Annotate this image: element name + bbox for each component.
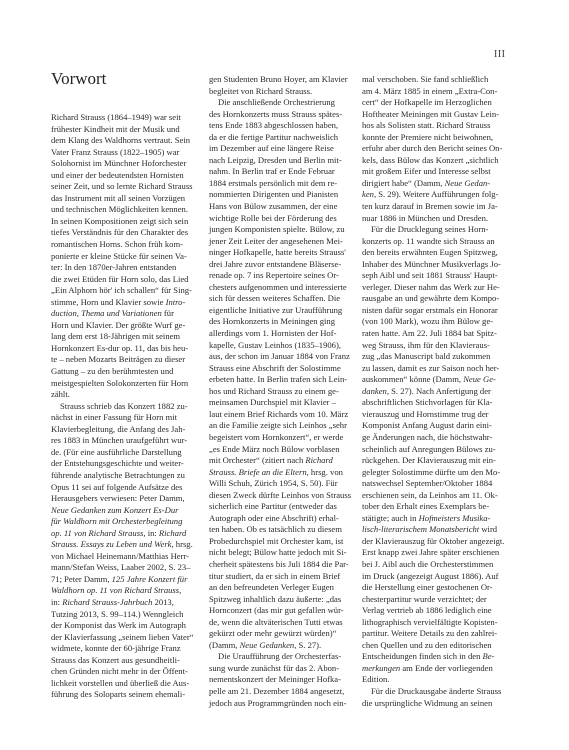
text-segment: , [179, 585, 181, 595]
text-line: konnte der Premiere nicht beiwohnen, [362, 132, 505, 144]
text-line: res 1883 in München uraufgeführt wur- [51, 435, 193, 447]
text-line: chen Gründen nicht mehr in der Öffent- [51, 666, 193, 678]
text-line: te – neben Mozarts Beiträgen zu dieser [51, 354, 193, 366]
italic-text: Neue Gedanken [240, 640, 295, 650]
text-line: Verlag vertrieb ab 1886 lediglich eine [362, 605, 505, 617]
text-segment: drei Jahre zuvor entstandene Bläserse- [209, 259, 341, 269]
text-segment: wichtige Rolle bei der Förderung des [209, 213, 337, 223]
text-line: die Herstellung einer gestochenen Or- [362, 582, 505, 594]
text-line: aus, der schon im Januar 1884 von Franz [209, 351, 346, 363]
text-segment: kapelle, Gustav Leinhos (1835–1906), [209, 340, 341, 350]
text-segment: der Klavierauszug für Oktober angezeigt. [362, 536, 504, 546]
text-segment: zählt. [51, 389, 70, 399]
text-segment: am Ende der vorliegenden [400, 663, 493, 673]
text-segment: meistgespielten Solokonzerten für Horn [51, 378, 188, 388]
italic-text: Neue Gedanken zum Konzert Es-Dur [51, 505, 178, 515]
text-line: (von 100 Mark), wozu ihm Bülow ge- [362, 316, 505, 328]
text-segment: am 4. März 1885 in einem „Extra-Con- [362, 86, 497, 96]
text-segment: Gattung – zu den berühmtesten und [51, 366, 173, 376]
text-segment: tiefes Verständnis für den Charakter des [51, 227, 188, 237]
text-segment: hos und Richard Strauss zu einem ge- [209, 386, 339, 396]
text-line: stimme, Horn und Klavier sowie Intro- [51, 297, 193, 309]
text-segment: wird [479, 524, 497, 534]
italic-text: Strauss. Briefe an die Eltern [209, 467, 307, 477]
text-line: des Hornkonzerts in Meiningen ging [209, 316, 346, 328]
text-line: im Dezember auf eine längere Reise [209, 143, 346, 155]
text-segment: an den befreundeten Verleger Eugen [209, 582, 334, 592]
text-segment: führung des Soloparts seinem ehemali- [51, 689, 185, 699]
text-segment: in: [51, 597, 62, 607]
text-segment: der Klavierfassung „seinem lieben Vater“ [51, 632, 194, 642]
text-line: für Waldhorn mit Orchesterbegleitung [51, 516, 193, 528]
text-segment: erfuhr aber durch den Bericht seines On- [362, 143, 502, 153]
text-line: Solohornist im Münchner Hoforchester [51, 158, 193, 170]
text-segment: für [162, 308, 174, 318]
text-line: und einer der bedeutendsten Hornisten [51, 170, 193, 182]
text-segment: begeistert vom Hornkonzert“, er werde [209, 432, 343, 442]
text-segment: , hrsg. [171, 539, 192, 549]
text-line: erschienen sein, da Leinhos am 11. Ok- [362, 490, 505, 502]
text-line: kels, dass Bülow das Konzert „sichtlich [362, 155, 505, 167]
text-segment: des Hornkonzerts muss Strauss spätes- [209, 109, 342, 119]
text-segment: Strauss eine Abschrift der Solostimme [209, 363, 341, 373]
text-line: rückgehen. Der Klavierauszug mit ein- [362, 455, 505, 467]
text-line: cherheit spätestens bis Juli 1884 die Pa… [209, 559, 346, 571]
text-segment: ten haben. Ob es tatsächlich zu diesem [209, 524, 342, 534]
text-segment: von Michael Heinemann/Matthias Herr- [51, 551, 189, 561]
text-segment: „es Ende März noch Bülow vorblasen [209, 444, 340, 454]
text-segment: , in: [143, 528, 159, 538]
text-line: Klavierbegleitung, die Anfang des Jah- [51, 424, 193, 436]
italic-text: Hofmeisters Musika- [419, 513, 491, 523]
text-line: frühester Kindheit mit der Musik und [51, 124, 193, 136]
text-line: partitur. Weitere Details zu den zahlrei… [362, 628, 505, 640]
text-line: im Druck (angezeigt August 1886). Auf [362, 571, 505, 583]
italic-text: Richard Strauss-Jahrbuch [62, 597, 152, 607]
text-line: lisch-literarischem Monatsbericht wird [362, 524, 505, 536]
text-line: seph Aibl und seit 1881 Strauss' Haupt- [362, 270, 505, 282]
text-line: ninger Hofkapelle, hatte bereits Strauss… [209, 247, 346, 259]
text-line: allerdings vom 1. Hornisten der Hof- [209, 328, 346, 340]
text-segment: Probedurchspiel mit Orchester kam, ist [209, 536, 343, 546]
italic-text: merkungen [362, 663, 400, 673]
text-line: mit Orchester“ (zitiert nach Richard [209, 455, 346, 467]
text-line: nementskonzert der Meininger Hofka- [209, 674, 346, 686]
text-segment: das Instrument mit all seinen Vorzügen [51, 193, 185, 203]
text-segment: te – neben Mozarts Beiträgen zu dieser [51, 354, 185, 364]
text-line: renade op. 7 ins Repertoire seines Or- [209, 270, 346, 282]
text-line: Hoftheater Meiningen mit Gustav Lein- [362, 109, 505, 121]
text-segment: chen Quellen und zu den editorischen [362, 640, 492, 650]
text-segment: ge Änderungen nach, die höchstwahr- [362, 432, 492, 442]
text-segment: stimme, Horn und Klavier sowie [51, 297, 166, 307]
text-line: 1884 erstmals persönlich mit dem re- [209, 178, 346, 190]
text-line: op. 11 von Richard Strauss, in: Richard [51, 528, 193, 540]
text-line: kapelle, Gustav Leinhos (1835–1906), [209, 340, 346, 352]
italic-text: 125 Jahre Konzert für [112, 574, 188, 584]
text-segment: im Dezember auf eine längere Reise [209, 143, 334, 153]
text-line: Strauss. Briefe an die Eltern, hrsg. von [209, 467, 346, 479]
text-line: Inhaber des Münchner Musikverlags Jo- [362, 259, 505, 271]
text-line: ponierte er kleine Stücke für seinen Va- [51, 251, 193, 263]
text-segment: gen Studenten Bruno Hoyer, am Klavier [209, 74, 348, 84]
text-segment: Strauss das Konzert aus gesundheitli- [51, 655, 180, 665]
text-line: lang dem erst 18-Jährigen mit seinem [51, 331, 193, 343]
text-line: abschriftlichen Stichvorlagen für Kla- [362, 397, 505, 409]
text-segment: seph Aibl und seit 1881 Strauss' Haupt- [362, 270, 498, 280]
text-segment: die zwei Etüden für Horn solo, das Lied [51, 274, 188, 284]
text-line: de, wenn die altväterischen Tutti etwas [209, 617, 346, 629]
text-segment: res 1883 in München uraufgeführt wur- [51, 435, 187, 445]
text-line: führung des Soloparts seinem ehemali- [51, 689, 193, 701]
text-segment: zu lassen, damit es zur Saison noch her- [362, 363, 499, 373]
text-segment: Edition. [362, 674, 389, 684]
text-segment: vierauszug und Hornstimme trug der [362, 409, 489, 419]
text-line: titur studiert, da er sich in einem Brie… [209, 571, 346, 583]
text-segment: der Entstehungsgeschichte und weiter- [51, 458, 184, 468]
text-segment: nuar 1886 in München und Dresden. [362, 213, 488, 223]
text-line: widmete, konnte der 60-jährige Franz [51, 643, 193, 655]
text-line: die ursprüngliche Widmung an seinen [362, 698, 505, 710]
text-segment: der Komponist das Werk im Autograph [51, 620, 186, 630]
text-segment: ter: In den 1870er-Jahren entstanden [51, 262, 176, 272]
text-line: wichtige Rolle bei der Förderung des [209, 213, 346, 225]
text-line: nommierten Dirigenten und Pianisten [209, 189, 346, 201]
text-line: „Ein Alphorn hör' ich schallen“ für Sing… [51, 285, 193, 297]
text-line: der Entstehungsgeschichte und weiter- [51, 458, 193, 470]
text-line: Waldhorn op. 11 von Richard Strauss, [51, 585, 193, 597]
text-line: dirigiert habe“ (Damm, Neue Gedan- [362, 178, 505, 190]
text-line: mit großem Eifer und Interesse selbst [362, 166, 505, 178]
text-segment: cert“ der Hofkapelle im Herzoglichen [362, 97, 492, 107]
text-segment: chen Gründen nicht mehr in der Öffent- [51, 666, 188, 676]
text-segment: nächst in einer Fassung für Horn mit [51, 412, 177, 422]
text-segment: nementskonzert der Meininger Hofka- [209, 674, 341, 684]
text-segment: seiner Zeit, und so lernte Richard Strau… [51, 181, 193, 191]
italic-text: Be- [483, 651, 495, 661]
text-segment: Inhaber des Münchner Musikverlags Jo- [362, 259, 501, 269]
text-segment: Entscheidungen finden sich in den [362, 651, 483, 661]
text-segment: pelle am 21. Dezember 1884 angesetzt, [209, 686, 344, 696]
text-segment: und technischen Möglichkeiten kennen. [51, 204, 188, 214]
text-segment: partitur. Weitere Details zu den zahlrei… [362, 628, 497, 638]
text-line: de. (Für eine ausführliche Darstellung [51, 447, 193, 459]
text-segment: titur studiert, da er sich in einem Brie… [209, 571, 340, 581]
italic-text: Neue Gedan- [445, 178, 491, 188]
text-line: romantischen Horns. Schon früh kom- [51, 239, 193, 251]
text-segment: Hans von Bülow zusammen, der eine [209, 201, 337, 211]
text-line: Strauss eine Abschrift der Solostimme [209, 363, 346, 375]
text-line: zug „das Manuscript bald zukommen [362, 351, 505, 363]
text-line: Strauss schrieb das Konzert 1882 zu- [51, 401, 193, 413]
text-segment: Hornconzert (das mir gut gefallen wür- [209, 605, 344, 615]
text-line: am 4. März 1885 in einem „Extra-Con- [362, 86, 505, 98]
text-line: jener Zeit Leiter der angesehenen Mei- [209, 236, 346, 248]
text-segment: de. (Für eine ausführliche Darstellung [51, 447, 182, 457]
text-line: Komponist Anfang August darin eini- [362, 420, 505, 432]
text-segment: widmete, konnte der 60-jährige Franz [51, 643, 181, 653]
text-segment: chesters aufgenommen und interessierte [209, 282, 347, 292]
text-segment: , hrsg. von [307, 467, 343, 477]
text-segment: die ursprüngliche Widmung an seinen [362, 698, 492, 708]
text-line: ten kurz darauf in Bremen sowie im Ja- [362, 201, 505, 213]
italic-text: ken [362, 189, 374, 199]
text-column-1: Richard Strauss (1864–1949) war seitfrüh… [51, 112, 193, 701]
text-line: Edition. [362, 674, 505, 686]
text-line: scheinlich auf Anregungen Bülows zu- [362, 444, 505, 456]
text-line: gekürzt oder mehr gewürzt würden)“ [209, 628, 346, 640]
text-line: verleger. Dieser nahm das Werk zur He- [362, 282, 505, 294]
text-line: stätigte; auch in Hofmeisters Musika- [362, 513, 505, 525]
text-segment: , S. 29). Weitere Aufführungen folg- [374, 189, 499, 199]
italic-text: lisch-literarischem Monatsbericht [362, 524, 479, 534]
text-segment: begleitet von Richard Strauss. [209, 86, 312, 96]
text-line: gen Studenten Bruno Hoyer, am Klavier [209, 74, 346, 86]
text-segment: mann/Stefan Weiss, Laaber 2002, S. 23– [51, 562, 191, 572]
text-line: Tutzing 2013, S. 99–114.) Wenngleich [51, 609, 193, 621]
text-segment: rückgehen. Der Klavierauszug mit ein- [362, 455, 496, 465]
text-segment: hos als Solisten statt. Richard Strauss [362, 120, 490, 130]
text-segment: Richard Strauss (1864–1949) war seit [51, 112, 181, 122]
text-segment: tober den Erhalt eines Exemplars be- [362, 501, 489, 511]
text-segment: Klavierbegleitung, die Anfang des Jah- [51, 424, 185, 434]
text-line: tober den Erhalt eines Exemplars be- [362, 501, 505, 513]
text-line: an den befreundeten Verleger Eugen [209, 582, 346, 594]
text-segment: zug „das Manuscript bald zukommen [362, 351, 490, 361]
italic-text: Strauss. Essays zu Leben und Werk [51, 539, 171, 549]
text-line: führende analytische Betrachtungen zu [51, 470, 193, 482]
text-line: Für die Druckausgabe änderte Strauss [362, 686, 505, 698]
text-segment: de, wenn die altväterischen Tutti etwas [209, 617, 343, 627]
page-number: III [494, 49, 506, 60]
text-segment: meinsamen Durchspiel mit Klavier – [209, 397, 336, 407]
text-line: auskommen“ könne (Damm, Neue Ge- [362, 374, 505, 386]
text-segment: jener Zeit Leiter der angesehenen Mei- [209, 236, 343, 246]
text-line: mal verschoben. Sie fand schließlich [362, 74, 505, 86]
text-line: begleitet von Richard Strauss. [209, 86, 346, 98]
text-segment: Die Uraufführung der Orchesterfas- [218, 651, 341, 661]
text-segment: nahm. In Berlin traf er Ende Februar [209, 166, 335, 176]
text-segment: sung wurde zunächst für das 2. Abon- [209, 663, 339, 673]
text-line: nicht belegt; Bülow hatte jedoch mit Si- [209, 547, 346, 559]
text-segment: lithographisch vervielfältigte Kopisten- [362, 617, 498, 627]
text-segment: konzerts op. 11 wandte sich Strauss an [362, 236, 495, 246]
text-line: Hornconzert (das mir gut gefallen wür- [209, 605, 346, 617]
text-segment: , S. 27). Nach Anfertigung der [387, 386, 491, 396]
text-line: der Klavierfassung „seinem lieben Vater“ [51, 632, 193, 644]
text-segment: auskommen“ könne (Damm, [362, 374, 463, 384]
text-segment: aus, der schon im Januar 1884 von Franz [209, 351, 350, 361]
text-line: „es Ende März noch Bülow vorblasen [209, 444, 346, 456]
italic-text: Intro- [166, 297, 186, 307]
text-line: begeistert vom Hornkonzert“, er werde [209, 432, 346, 444]
text-segment: eigentliche Initiative zur Uraufführung [209, 305, 342, 315]
text-line: Willi Schuh, Zürich 1954, S. 50). Für [209, 478, 346, 490]
text-line: Die Uraufführung der Orchesterfas- [209, 651, 346, 663]
text-line: das Instrument mit all seinen Vorzügen [51, 193, 193, 205]
text-column-3: mal verschoben. Sie fand schließlicham 4… [362, 74, 505, 709]
text-line: Gattung – zu den berühmtesten und [51, 366, 193, 378]
text-line: sicherlich eine Partitur (entweder das [209, 501, 346, 513]
text-segment: Tutzing 2013, S. 99–114.) Wenngleich [51, 609, 183, 619]
text-segment: an die Familie zeigte sich Leinhos „sehr [209, 420, 347, 430]
text-line: meistgespielten Solokonzerten für Horn [51, 378, 193, 390]
text-segment: kels, dass Bülow das Konzert „sichtlich [362, 155, 499, 165]
text-line: In seinen Kompositionen zeigt sich sein [51, 216, 193, 228]
text-line: drei Jahre zuvor entstandene Bläserse- [209, 259, 346, 271]
text-line: Neue Gedanken zum Konzert Es-Dur [51, 505, 193, 517]
text-segment: gekürzt oder mehr gewürzt würden)“ [209, 628, 336, 638]
text-segment: nach Leipzig, Dresden und Berlin mit- [209, 155, 342, 165]
text-segment: konnte der Premiere nicht beiwohnen, [362, 132, 493, 142]
text-segment: und einer der bedeutendsten Hornisten [51, 170, 184, 180]
page-title: Vorwort [51, 69, 106, 89]
text-segment: ninger Hofkapelle, hatte bereits Strauss… [209, 247, 346, 257]
text-segment: scheinlich auf Anregungen Bülows zu- [362, 444, 496, 454]
text-line: Für die Drucklegung seines Horn- [362, 224, 505, 236]
text-line: dem Klang des Waldhorns vertraut. Sein [51, 135, 193, 147]
text-line: und technischen Möglichkeiten kennen. [51, 204, 193, 216]
text-segment: ten kurz darauf in Bremen sowie im Ja- [362, 201, 498, 211]
text-segment: Verlag vertrieb ab 1886 lediglich eine [362, 605, 492, 615]
text-segment: (Damm, [209, 640, 240, 650]
text-segment: lichkeit vorstellen und überließ die Aus… [51, 678, 189, 688]
text-line: nisten dafür sogar erstmals ein Honorar [362, 305, 505, 317]
text-segment: weg Strauss, ihm für den Klavieraus- [362, 340, 490, 350]
text-segment: im Druck (angezeigt August 1886). Auf [362, 571, 499, 581]
text-line: Probedurchspiel mit Orchester kam, ist [209, 536, 346, 548]
text-segment: den bereits erwähnten Eugen Spitzweg, [362, 247, 498, 257]
text-segment: bei J. Aibl auch die Orchesterstimmen [362, 559, 493, 569]
text-segment: Solohornist im Münchner Hoforchester [51, 158, 186, 168]
text-line: chesters aufgenommen und interessierte [209, 282, 346, 294]
text-line: nächst in einer Fassung für Horn mit [51, 412, 193, 424]
text-segment: sich für dessen weiteres Schaffen. Die [209, 293, 340, 303]
text-segment: allerdings vom 1. Hornisten der Hof- [209, 328, 336, 338]
text-segment: Hornkonzert Es-dur op. 11, das bis heu- [51, 343, 188, 353]
text-segment: romantischen Horns. Schon früh kom- [51, 239, 183, 249]
text-segment: ponierte er kleine Stücke für seinen Va- [51, 251, 187, 261]
text-line: mann/Stefan Weiss, Laaber 2002, S. 23– [51, 562, 193, 574]
text-segment: Opus 11 sei auf folgende Aufsätze des [51, 482, 182, 492]
italic-text: Richard [159, 528, 186, 538]
text-segment: abschriftlichen Stichvorlagen für Kla- [362, 397, 493, 407]
text-line: sich für dessen weiteres Schaffen. Die [209, 293, 346, 305]
text-segment: gelegter Solostimme dürfte um den Mo- [362, 467, 500, 477]
italic-text: für Waldhorn mit Orchesterbegleitung [51, 516, 182, 526]
text-line: Richard Strauss (1864–1949) war seit [51, 112, 193, 124]
text-line: (Damm, Neue Gedanken, S. 27). [209, 640, 346, 652]
text-line: jungen Komponisten spielte. Bülow, zu [209, 224, 346, 236]
text-segment: erbeten hatte. In Berlin trafen sich Lei… [209, 374, 347, 384]
text-column-2: gen Studenten Bruno Hoyer, am Klavierbeg… [209, 74, 346, 709]
text-line: in: Richard Strauss-Jahrbuch 2013, [51, 597, 193, 609]
text-line: tens Ende 1883 abgeschlossen haben, [209, 120, 346, 132]
text-line: an die Familie zeigte sich Leinhos „sehr [209, 420, 346, 432]
text-line: laut einem Brief Richards vom 10. März [209, 409, 346, 421]
text-segment: sicherlich eine Partitur (entweder das [209, 501, 337, 511]
text-segment: In seinen Kompositionen zeigt sich sein [51, 216, 188, 226]
text-line: Vater Franz Strauss (1822–1905) war [51, 147, 193, 159]
text-segment: Für die Druckausgabe änderte Strauss [371, 686, 501, 696]
text-segment: des Hornkonzerts in Meiningen ging [209, 316, 335, 326]
text-line: Autograph oder eine Abschrift) erhal- [209, 513, 346, 525]
text-segment: da er die fertige Partitur nachweislich [209, 132, 338, 142]
text-line: Spitzweg inhaltlich dazu äußerte: „das [209, 594, 346, 606]
text-line: der Klavierauszug für Oktober angezeigt. [362, 536, 505, 548]
text-line: konzerts op. 11 wandte sich Strauss an [362, 236, 505, 248]
text-line: 71; Peter Damm, 125 Jahre Konzert für [51, 574, 193, 586]
text-line: hos als Solisten statt. Richard Strauss [362, 120, 505, 132]
text-segment: renade op. 7 ins Repertoire seines Or- [209, 270, 339, 280]
text-line: rausgabe an und gewährte dem Kompo- [362, 293, 505, 305]
text-segment: cherheit spätestens bis Juli 1884 die Pa… [209, 559, 349, 569]
text-line: zu lassen, damit es zur Saison noch her- [362, 363, 505, 375]
text-line: seiner Zeit, und so lernte Richard Strau… [51, 181, 193, 193]
text-segment: Herausgebers verwiesen: Peter Damm, [51, 493, 185, 503]
text-segment: jungen Komponisten spielte. Bülow, zu [209, 224, 345, 234]
text-segment: natswechsel September/Oktober 1884 [362, 478, 492, 488]
text-line: lithographisch vervielfältigte Kopisten- [362, 617, 505, 629]
text-line: merkungen am Ende der vorliegenden [362, 663, 505, 675]
text-segment: mal verschoben. Sie fand schließlich [362, 74, 488, 84]
text-segment: rausgabe an und gewährte dem Kompo- [362, 293, 499, 303]
text-segment: Komponist Anfang August darin eini- [362, 420, 492, 430]
text-line: nuar 1886 in München und Dresden. [362, 213, 505, 225]
text-segment: Willi Schuh, Zürich 1954, S. 50). Für [209, 478, 338, 488]
text-segment: 1884 erstmals persönlich mit dem re- [209, 178, 337, 188]
text-segment: dem Klang des Waldhorns vertraut. Sein [51, 135, 190, 145]
text-segment: nommierten Dirigenten und Pianisten [209, 189, 338, 199]
text-line: duction, Thema und Variationen für [51, 308, 193, 320]
text-segment: mit großem Eifer und Interesse selbst [362, 166, 491, 176]
text-line: hos und Richard Strauss zu einem ge- [209, 386, 346, 398]
text-segment: tens Ende 1883 abgeschlossen haben, [209, 120, 338, 130]
text-line: danken, S. 27). Nach Anfertigung der [362, 386, 505, 398]
text-segment: , S. 27). [294, 640, 321, 650]
text-line: pelle am 21. Dezember 1884 angesetzt, [209, 686, 346, 698]
text-segment: Autograph oder eine Abschrift) erhal- [209, 513, 339, 523]
text-segment: Strauss schrieb das Konzert 1882 zu- [60, 401, 188, 411]
text-segment: lang dem erst 18-Jährigen mit seinem [51, 331, 180, 341]
text-segment: Die anschließende Orchestrierung [218, 97, 335, 107]
text-line: bei J. Aibl auch die Orchesterstimmen [362, 559, 505, 571]
text-line: natswechsel September/Oktober 1884 [362, 478, 505, 490]
text-line: Hornkonzert Es-dur op. 11, das bis heu- [51, 343, 193, 355]
text-line: Die anschließende Orchestrierung [209, 97, 346, 109]
text-line: chesterpartitur wurde verzichtet; der [362, 594, 505, 606]
text-line: meinsamen Durchspiel mit Klavier – [209, 397, 346, 409]
text-segment: 71; Peter Damm, [51, 574, 112, 584]
text-line: des Hornkonzerts muss Strauss spätes- [209, 109, 346, 121]
text-line: cert“ der Hofkapelle im Herzoglichen [362, 97, 505, 109]
italic-text: duction, Thema und Variationen [51, 308, 162, 318]
text-segment: „Ein Alphorn hör' ich schallen“ für Sing… [51, 285, 192, 295]
text-segment: jedoch aus Programmgründen noch ein- [209, 698, 346, 708]
text-segment: erschienen sein, da Leinhos am 11. Ok- [362, 490, 498, 500]
text-line: eigentliche Initiative zur Uraufführung [209, 305, 346, 317]
text-line: ge Änderungen nach, die höchstwahr- [362, 432, 505, 444]
text-segment: frühester Kindheit mit der Musik und [51, 124, 180, 134]
text-line: sung wurde zunächst für das 2. Abon- [209, 663, 346, 675]
italic-text: danken [362, 386, 387, 396]
text-line: zählt. [51, 389, 193, 401]
text-segment: verleger. Dieser nahm das Werk zur He- [362, 282, 500, 292]
text-segment: die Herstellung einer gestochenen Or- [362, 582, 493, 592]
text-line: Horn und Klavier. Der größte Wurf ge- [51, 320, 193, 332]
text-line: lichkeit vorstellen und überließ die Aus… [51, 678, 193, 690]
text-line: ten haben. Ob es tatsächlich zu diesem [209, 524, 346, 536]
